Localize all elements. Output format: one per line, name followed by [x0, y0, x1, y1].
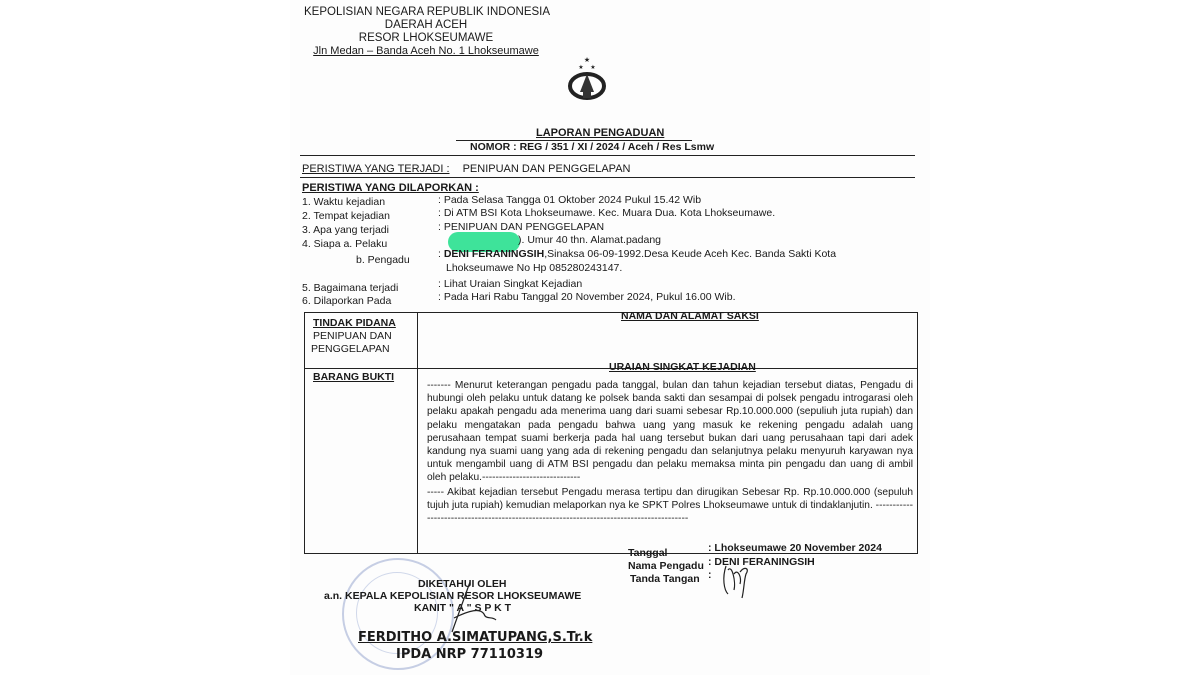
- tindak-pidana-value: PENIPUAN DAN: [313, 330, 392, 342]
- letterhead: KEPOLISIAN NEGARA REPUBLIK INDONESIA DAE…: [304, 6, 548, 58]
- report-table: TINDAK PIDANA PENIPUAN DAN PENGGELAPAN N…: [304, 312, 918, 554]
- item-label-tempat: 2. Tempat kejadian: [302, 210, 390, 222]
- peristiwa-dilaporkan-label: PERISTIWA YANG DILAPORKAN :: [302, 182, 479, 194]
- officer-rank-nrp: IPDA NRP 77110319: [396, 647, 543, 662]
- svg-text:★: ★: [590, 64, 595, 71]
- letterhead-address: Jln Medan – Banda Aceh No. 1 Lhokseumawe: [304, 45, 548, 58]
- officer-name: FERDITHO A.SIMATUPANG,S.Tr.k: [358, 630, 592, 645]
- item-label-waktu: 1. Waktu kejadian: [302, 196, 385, 208]
- barang-bukti-label: BARANG BUKTI: [313, 371, 394, 383]
- peristiwa-terjadi-row: PERISTIWA YANG TERJADI : PENIPUAN DAN PE…: [302, 163, 630, 175]
- item-value-pengadu: : DENI FERANINGSIH,Sinaksa 06-09-1992.De…: [438, 248, 836, 260]
- nama-pengadu-label: Nama Pengadu: [628, 560, 704, 572]
- complainant-signature-icon: [720, 560, 754, 600]
- peristiwa-terjadi-label: PERISTIWA YANG TERJADI :: [302, 163, 450, 175]
- item-label-bagaimana: 5. Bagaimana terjadi: [302, 282, 398, 294]
- pengadu-name: DENI FERANINGSIH: [444, 248, 544, 260]
- tanggal-label: Tanggal: [628, 547, 667, 559]
- polri-emblem-icon: ★ ★ ★: [566, 54, 608, 102]
- police-report-document: KEPOLISIAN NEGARA REPUBLIK INDONESIA DAE…: [290, 0, 930, 675]
- item-label-apa: 3. Apa yang terjadi: [302, 224, 389, 236]
- item-value-dilaporkan: : Pada Hari Rabu Tanggal 20 November 202…: [438, 291, 736, 303]
- uraian-label: URAIAN SINGKAT KEJADIAN: [609, 361, 756, 373]
- tanda-tangan-label: Tanda Tangan: [630, 573, 700, 585]
- report-number: NOMOR : REG / 351 / XI / 2024 / Aceh / R…: [470, 141, 714, 153]
- item-label-dilaporkan: 6. Dilaporkan Pada: [302, 295, 391, 307]
- item-value-pelaku: ). Umur 40 thn. Alamat.padang: [518, 234, 661, 246]
- item-label-pengadu: b. Pengadu: [356, 254, 410, 266]
- uraian-paragraph-2: ----- Akibat kejadian tersebut Pengadu m…: [427, 486, 913, 526]
- item-label-pelaku: 4. Siapa a. Pelaku: [302, 238, 387, 250]
- letterhead-region: DAERAH ACEH: [304, 19, 548, 32]
- uraian-paragraph-1: ------- Menurut keterangan pengadu pada …: [427, 379, 913, 485]
- peristiwa-terjadi-value: PENIPUAN DAN PENGGELAPAN: [463, 163, 631, 175]
- letterhead-resort: RESOR LHOKSEUMAWE: [304, 32, 548, 45]
- saksi-label: NAMA DAN ALAMAT SAKSI: [621, 310, 759, 322]
- tindak-pidana-value-2: PENGGELAPAN: [311, 343, 390, 355]
- report-title: LAPORAN PENGADUAN: [536, 127, 664, 139]
- item-value-bagaimana: : Lihat Uraian Singkat Kejadian: [438, 278, 582, 290]
- tanggal-value: : Lhokseumawe 20 November 2024: [708, 542, 882, 554]
- svg-text:★: ★: [578, 64, 583, 71]
- svg-text:★: ★: [584, 56, 590, 64]
- item-value-tempat: : Di ATM BSI Kota Lhokseumawe. Kec. Muar…: [438, 207, 775, 219]
- tanda-tangan-colon: :: [708, 569, 712, 581]
- letterhead-agency: KEPOLISIAN NEGARA REPUBLIK INDONESIA: [304, 6, 548, 19]
- item-value-pengadu-line2: Lhokseumawe No Hp 085280243147.: [446, 262, 622, 274]
- item-value-waktu: : Pada Selasa Tangga 01 Oktober 2024 Puk…: [438, 194, 701, 206]
- tindak-pidana-label: TINDAK PIDANA: [313, 317, 396, 329]
